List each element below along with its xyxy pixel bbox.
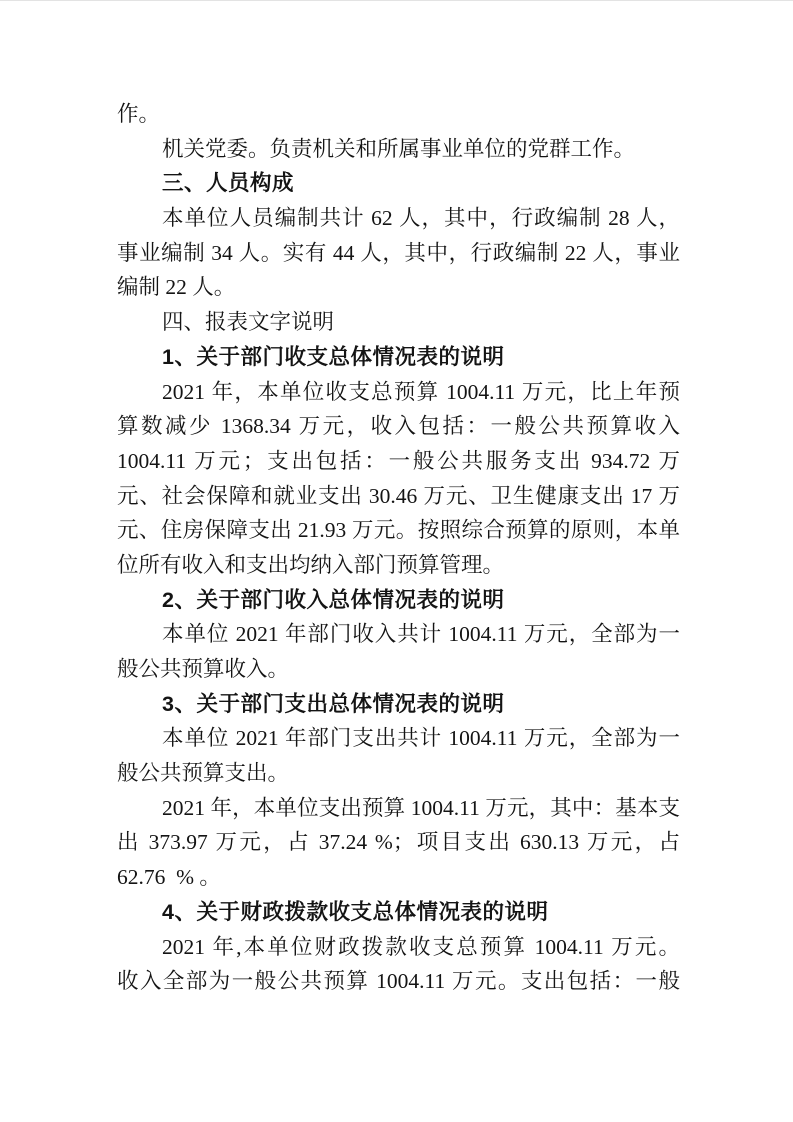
- text-line: 四、报表文字说明: [117, 305, 680, 340]
- heading-line: 1、关于部门收支总体情况表的说明: [117, 340, 680, 375]
- text-line: 算数减少 1368.34 万元，收入包括：一般公共预算收入: [117, 409, 680, 444]
- text-line: 位所有收入和支出均纳入部门预算管理。: [117, 548, 680, 583]
- text-line: 机关党委。负责机关和所属事业单位的党群工作。: [117, 132, 680, 167]
- heading-line: 3、关于部门支出总体情况表的说明: [117, 687, 680, 722]
- text-line: 收入全部为一般公共预算 1004.11 万元。支出包括：一般: [117, 964, 680, 999]
- text-line: 般公共预算收入。: [117, 652, 680, 687]
- document-text-block: 作。机关党委。负责机关和所属事业单位的党群工作。三、人员构成本单位人员编制共计 …: [117, 97, 680, 999]
- text-line: 2021 年,本单位财政拨款收支总预算 1004.11 万元。: [117, 930, 680, 965]
- text-line: 事业编制 34 人。实有 44 人，其中，行政编制 22 人，事业: [117, 236, 680, 271]
- text-line: 编制 22 人。: [117, 270, 680, 305]
- text-line: 2021 年，本单位收支总预算 1004.11 万元，比上年预: [117, 375, 680, 410]
- text-line: 元、社会保障和就业支出 30.46 万元、卫生健康支出 17 万: [117, 479, 680, 514]
- text-line: 出 373.97 万元，占 37.24 %；项目支出 630.13 万元，占: [117, 825, 680, 860]
- text-line: 1004.11 万元；支出包括：一般公共服务支出 934.72 万: [117, 444, 680, 479]
- heading-line: 2、关于部门收入总体情况表的说明: [117, 583, 680, 618]
- text-line: 62.76 % 。: [117, 860, 680, 895]
- text-line: 本单位 2021 年部门收入共计 1004.11 万元，全部为一: [117, 617, 680, 652]
- text-line: 本单位 2021 年部门支出共计 1004.11 万元，全部为一: [117, 721, 680, 756]
- text-line: 本单位人员编制共计 62 人，其中，行政编制 28 人，: [117, 201, 680, 236]
- text-line: 元、住房保障支出 21.93 万元。按照综合预算的原则，本单: [117, 513, 680, 548]
- heading-line: 三、人员构成: [117, 166, 680, 201]
- heading-line: 4、关于财政拨款收支总体情况表的说明: [117, 895, 680, 930]
- text-line: 2021 年，本单位支出预算 1004.11 万元，其中：基本支: [117, 791, 680, 826]
- text-line: 般公共预算支出。: [117, 756, 680, 791]
- document-page: 作。机关党委。负责机关和所属事业单位的党群工作。三、人员构成本单位人员编制共计 …: [0, 0, 793, 1122]
- text-line: 作。: [117, 97, 680, 132]
